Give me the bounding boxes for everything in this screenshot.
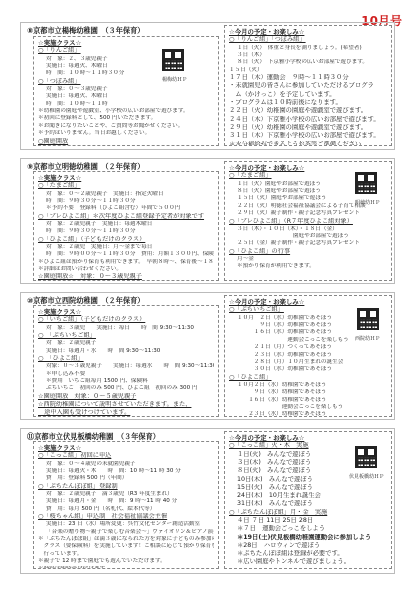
classes-heading: ☆実施クラス☆	[38, 174, 214, 182]
text-line: ○「りんご組」	[38, 47, 214, 55]
text-line: クラス（要保険料）を実施しています！ご相談に応じて預かり保育を	[38, 543, 214, 550]
text-line: ＊初回に登録料として、500 円いただきます。	[38, 115, 214, 122]
schedule-box: ☆今月の予定・お楽しみ☆ ○「たまご組」１日（火）園庭やお部屋で遊ぼう８日（火）…	[224, 161, 392, 281]
text-line: ○「ぷちたんぽぽ組」月・金 実施	[229, 509, 387, 517]
text-line: ○「りんご組」「つぼみ組」	[229, 36, 387, 44]
text-line: 月～金	[229, 256, 387, 263]
qr-code-icon[interactable]	[355, 172, 377, 194]
section-title: ⑧京都市立楊梅幼稚園 （３年保育）	[27, 26, 145, 36]
text-line: ９日（水）幼稚園であそぼう	[229, 389, 387, 396]
text-line: ＊予約はいりません。当日お越しください。	[38, 130, 214, 137]
text-line: ２８日（月）１０月生まれの誕生会	[229, 359, 387, 366]
text-line: 時 間：９時００分～１１時３０分 費用：月額１３００円、保険料	[38, 251, 214, 258]
classes-box: ☆実施クラス☆ ○「いちご組」（子どもだけのクラス）対 象：３歳児 実施日：毎日…	[33, 305, 219, 417]
text-line: ＊水分補給ができるようお茶等ご準備ください。	[229, 141, 387, 146]
text-line: ○「ひよこ組」（子どもだけのクラス）	[38, 236, 214, 244]
text-line: 費 用：毎月 500 円（名札代、絵本代等）	[38, 506, 214, 513]
qr-code-icon[interactable]	[357, 308, 379, 330]
text-line: １６日（水）幼稚園であそぼう	[229, 397, 387, 404]
schedule-box: ☆今月の予定・お楽しみ☆ ○「こっこ組」火・木 実施１日(火) みんなで遊ぼう３…	[224, 431, 392, 569]
classes-lines: ○「りんご組」対 象：２、３歳児親子実施日：毎週火、木曜日時 間：１０時～１１時…	[38, 47, 214, 146]
text-line: ＊予約不要 登録料（ひよこ組含む）年間で５００円	[38, 205, 214, 212]
text-line: 実施日：毎週火・木 時 間：10 時～11 時 30 分	[38, 468, 214, 475]
text-line: 実施日：毎週月・水 時 間 9:30～11:30	[38, 348, 214, 355]
text-line: ２５日（金）親子制作・親子記念写真プレゼント	[229, 240, 387, 247]
text-line: ２９日（火）幼稚園の園庭や遊戯室で遊びます。	[229, 124, 387, 132]
text-line: ○「プレひよこ組」（R７年度ひよこ組対象）	[229, 218, 387, 226]
text-line: ○ 「ぷちいちご組」	[38, 332, 214, 340]
qr-label: 楊梅幼ＨＰ	[162, 77, 187, 84]
text-line: 対 象：２歳児親子 実施日：毎週木曜日	[38, 221, 214, 228]
schedule-lines: ○「りんご組」「つぼみ組」１日（火） 体重と身長を測りましょう。(希望者)３日（…	[229, 36, 387, 146]
text-line: ○「ぷちたんぽぽ組」登録制	[38, 483, 214, 491]
text-line: ○「ひよこ組」	[229, 374, 387, 382]
schedule-box: ☆今月の予定・お楽しみ☆ ○「りんご組」「つぼみ組」１日（火） 体重と身長を測り…	[224, 25, 392, 146]
text-line: ○「プレひよこ組」＊次年度ひよこ組登録予定者が対象です	[38, 213, 214, 221]
text-line: 対 象：２歳児親子	[38, 340, 214, 347]
text-line: ２４日（木）下京雅小学校の広いお部屋で遊びます。	[229, 116, 387, 124]
section-sain: ⑩京都市立西院幼稚園 （２年保育） ☆実施クラス☆ ○「いちご組」（子どもだけの…	[20, 292, 395, 420]
text-line: 実施日：毎週火、木曜日	[38, 93, 214, 100]
text-line: 対 象：０～３歳児親子	[38, 86, 214, 93]
text-line: ・プログラムは１０時前後になります。	[229, 99, 387, 107]
text-line: 31日(木) みんなで遊ぼう	[229, 500, 387, 508]
text-line: 対 象：０～４歳児の未就園児親子	[38, 461, 214, 468]
text-line: ＊費用 いちご組毎月 1500 円、保険料	[38, 378, 214, 385]
classes-lines: ○「いちご組」（子どもだけのクラス）対 象：３歳児 実施日：毎日 時 間 9:3…	[38, 316, 214, 417]
classes-box: ☆実施クラス☆ ○「たまご組」対 象：０～２歳児親子 実施日：指定火曜日時 間：…	[33, 171, 219, 281]
text-line: ３１日（木）下京雅小学校の広いお部屋で遊びます。	[229, 132, 387, 140]
text-line: ２１日（月）つくってあそぼう	[229, 344, 387, 351]
text-line: ３日（木）・１０日（木）・１８日（金）	[229, 226, 387, 233]
text-line: ＊幼稚園の園庭や遊戯室、小学校の広いお部屋で遊びます。	[38, 108, 214, 115]
text-line: ＊「ぷちたんぽぽ組」は満３歳になられた方を対象に子どものみ参加の	[38, 536, 214, 543]
text-line: 15日(火) みんなで遊ぼう	[229, 484, 387, 492]
text-line: １５日（火）	[229, 67, 387, 74]
classes-box: ☆実施クラス☆ ○「こっこ組」初回に申込対 象：０～４歳児の未就園児親子実施日：…	[33, 441, 219, 569]
text-line: 対象：０～３歳児親子 実施日：毎週水 時 間 9:30～11:30	[38, 363, 214, 370]
section-fushimi-itahashi: ⑪京都市立伏見板橋幼稚園 （３年保育） ☆実施クラス☆ ○「こっこ組」初回に申込…	[20, 428, 395, 574]
text-line: ○「つぼみ組」	[38, 78, 214, 86]
text-line: ＊７日 運動会ごっこをしよう	[229, 525, 387, 533]
text-line: ＊親子で 12 時まで園庭でも遊んでいただけます。	[38, 558, 214, 565]
text-line: ○「たまご組」	[38, 182, 214, 190]
text-line: ２９日（火）親子制作・親子記念写真プレゼント	[229, 210, 387, 217]
text-line: 時 間：９時３０分～１１時３０分	[38, 198, 214, 205]
text-line: 対 象：３歳児 実施日：毎日 時 間 9:30～11:30	[38, 325, 214, 332]
text-line: ４日 ７日 11日 25日 28日	[229, 517, 387, 525]
text-line: ○園庭開放	[38, 138, 214, 146]
text-line: ・未就園児の皆さんに参加していただけるプログラ	[229, 82, 387, 90]
text-line: ＊預かり保育が利用できます。	[229, 263, 387, 270]
text-line: ぷちいちご 初回のみ 500 円、ひよこ組 初回のみ 300 円	[38, 385, 214, 392]
text-line: 「音楽の贈り物～親子で楽しむ音楽会～」ヴァイオリン＆ピアノ演奏	[38, 529, 214, 536]
text-line: ＊お聞きになりたいことや、ご質問等お聞かせください。	[38, 123, 214, 130]
classes-heading: ☆実施クラス☆	[38, 39, 214, 47]
text-line: ＊詳細はお問い合わせください。	[38, 266, 214, 273]
text-line: 対 象：０～２歳児親子 実施日：指定火曜日	[38, 191, 214, 198]
text-line: 時 間：１０時～１１時３０分	[38, 70, 214, 77]
text-line: ＊広い園庭やトンネルで遊びましょう。	[229, 558, 387, 566]
classes-heading: ☆実施クラス☆	[38, 444, 214, 452]
text-line: ＊28日 ハロウィンで遊ぼう	[229, 542, 387, 550]
text-line: １０月２日（水）幼稚園であそぼう	[229, 382, 387, 389]
text-line: ☆園庭開放☆ 対象：０～３歳児親子	[38, 273, 214, 281]
classes-box: ☆実施クラス☆ ○「りんご組」対 象：２、３歳児親子実施日：毎週火、木曜日時 間…	[33, 36, 219, 146]
text-line: 対 象：２、３歳児親子	[38, 56, 214, 63]
text-line: １日（火） 体重と身長を測りましょう。(希望者)	[229, 45, 387, 52]
text-line: 時 間：９時３０分～１１時３０分	[38, 228, 214, 235]
text-line: 途中入園も受けつけています。	[38, 409, 214, 417]
classes-lines: ○「たまご組」対 象：０～２歳児親子 実施日：指定火曜日時 間：９時３０分～１１…	[38, 182, 214, 281]
schedule-heading: ☆今月の予定・お楽しみ☆	[229, 434, 387, 442]
text-line: ＊ぷちたんぽぽ組は登録が必要です。	[229, 550, 387, 558]
text-line: ☆西院幼稚園について説明させていただきます。また、	[38, 401, 214, 409]
qr-label: 明徳幼ＨＰ	[355, 200, 380, 207]
text-line: ３０日（水）幼稚園であそぼう	[229, 366, 387, 373]
text-line: ＊19日(土)伏見板橋幼稚園運動会に参加しよう	[229, 534, 387, 542]
section-meitoku: ⑨京都市立明徳幼稚園 （２年保育） ☆実施クラス☆ ○「たまご組」対 象：０～２…	[20, 158, 395, 284]
schedule-box: ☆今月の予定・お楽しみ☆ ○「ぷちいちご組」１０月 ２日（水）幼稚園であそぼう …	[224, 295, 392, 417]
qr-code-icon[interactable]	[355, 446, 377, 468]
text-line: ○「こっこ組」初回に申込	[38, 452, 214, 460]
schedule-heading: ☆今月の予定・お楽しみ☆	[229, 28, 387, 36]
text-line: ２３日（水）幼稚園であそぼう	[229, 352, 387, 359]
qr-label: 伏見板橋幼ＨＰ	[349, 474, 384, 481]
text-line: 実施日：毎週火、木曜日	[38, 63, 214, 70]
schedule-heading: ☆今月の予定・お楽しみ☆	[229, 298, 387, 306]
text-line: 24日(木) 10月生まれ誕生会	[229, 492, 387, 500]
text-line: 対 象：２歳児親子 満３歳児（R3 年度生まれ）	[38, 491, 214, 498]
text-line: ＊ひよこ組は預かり保育も利用できます。 早朝８時～、保育後～１８時	[38, 259, 214, 266]
text-line: 行っています。	[38, 551, 214, 558]
text-line: ○「ひよこ組」の行事	[229, 248, 387, 256]
text-line: 対 象：２歳児 実施日：月～金まで毎日	[38, 244, 214, 251]
text-line: 実施日：23 日（水）場所変更：呉竹文化センター創造活動室	[38, 521, 214, 528]
text-line: 園庭やお部屋で遊ぼう	[229, 233, 387, 240]
text-line: ２２日（火）幼稚園の園庭や遊戯室で遊びます。	[229, 107, 387, 115]
qr-label: 西院幼ＨＰ	[355, 336, 380, 343]
text-line: ３日（木）	[229, 52, 387, 59]
text-line: 時 間：１０時～１１時	[38, 101, 214, 108]
text-line: ２３日（水）幼稚園であそぼう	[229, 411, 387, 417]
text-line: １７日（木）運動会 ９時～１１時３０分	[229, 74, 387, 82]
text-line: 実施日：毎週月・金 時 間：9 時～11 時 40 分	[38, 498, 214, 505]
text-line: ＊登録は随時受け付けます。	[38, 566, 214, 569]
classes-lines: ○「こっこ組」初回に申込対 象：０～４歳児の未就園児親子実施日：毎週火・木 時 …	[38, 452, 214, 569]
section-yobai: ⑧京都市立楊梅幼稚園 （３年保育） ☆実施クラス☆ ○「りんご組」対 象：２、３…	[20, 22, 395, 150]
text-line: ８日（火） 下京雅小学校の広いお部屋で遊びます。	[229, 59, 387, 66]
text-line: ☆園庭開放 対象：０～５歳児親子	[38, 393, 214, 401]
qr-code-icon[interactable]	[162, 49, 184, 71]
text-line: ＊申し込み不要	[38, 371, 214, 378]
text-line: ○「桜ちゃん組」申込制 社会福祉協議会主催	[38, 513, 214, 521]
text-line: 運動会ごっこを楽しもう	[229, 404, 387, 411]
classes-heading: ☆実施クラス☆	[38, 308, 214, 316]
text-line: ○ 「ひよこ組」	[38, 355, 214, 363]
text-line: 費 用：登録料 500 円（年間）	[38, 475, 214, 482]
text-line: ム（かけっこ）を予定しています。	[229, 91, 387, 99]
text-line: ○「いちご組」（子どもだけのクラス）	[38, 316, 214, 324]
